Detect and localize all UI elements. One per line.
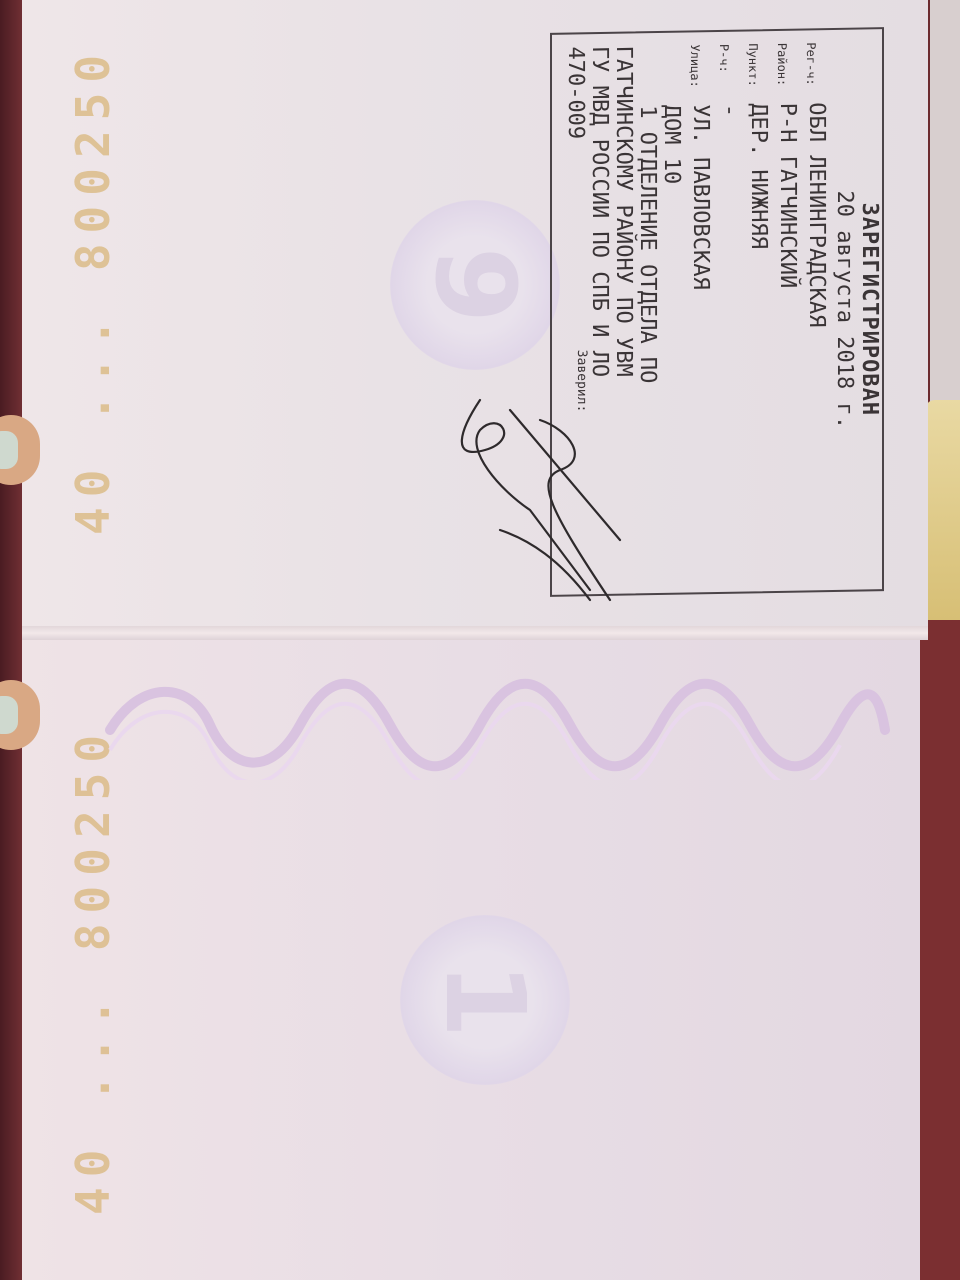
stamp-row-region: Рег-ч:ОБЛ ЛЕНИНГРАДСКАЯ (799, 42, 828, 579)
stamp-house: ДОМ 10 (659, 45, 683, 581)
page-number-watermark-lower: 1 (400, 915, 570, 1085)
stamp-row-locality: Пункт:ДЕР. НИЖНЯЯ (741, 43, 770, 580)
security-ornament-band (100, 670, 890, 780)
fingernail (0, 431, 18, 469)
signature (440, 390, 630, 610)
serial-perforation-upper: 40 ... 800250 (66, 10, 122, 570)
stamp-row-street: Улица:УЛ. ПАВЛОВСКАЯ (683, 44, 712, 581)
stamp-date: 20 августа 2018 г. (832, 42, 857, 578)
stamp-title: ЗАРЕГИСТРИРОВАН (857, 41, 882, 577)
page-number-watermark-upper: 9 (390, 200, 560, 370)
page-fold (22, 626, 928, 640)
background-object (925, 400, 960, 620)
stamp-authority-line: 1 ОТДЕЛЕНИЕ ОТДЕЛА ПО (635, 45, 659, 581)
stamp-row-area: Р-ч:- (712, 44, 741, 581)
fingernail (0, 696, 18, 734)
stamp-row-district: Район:Р-Н ГАТЧИНСКИЙ (770, 43, 799, 580)
